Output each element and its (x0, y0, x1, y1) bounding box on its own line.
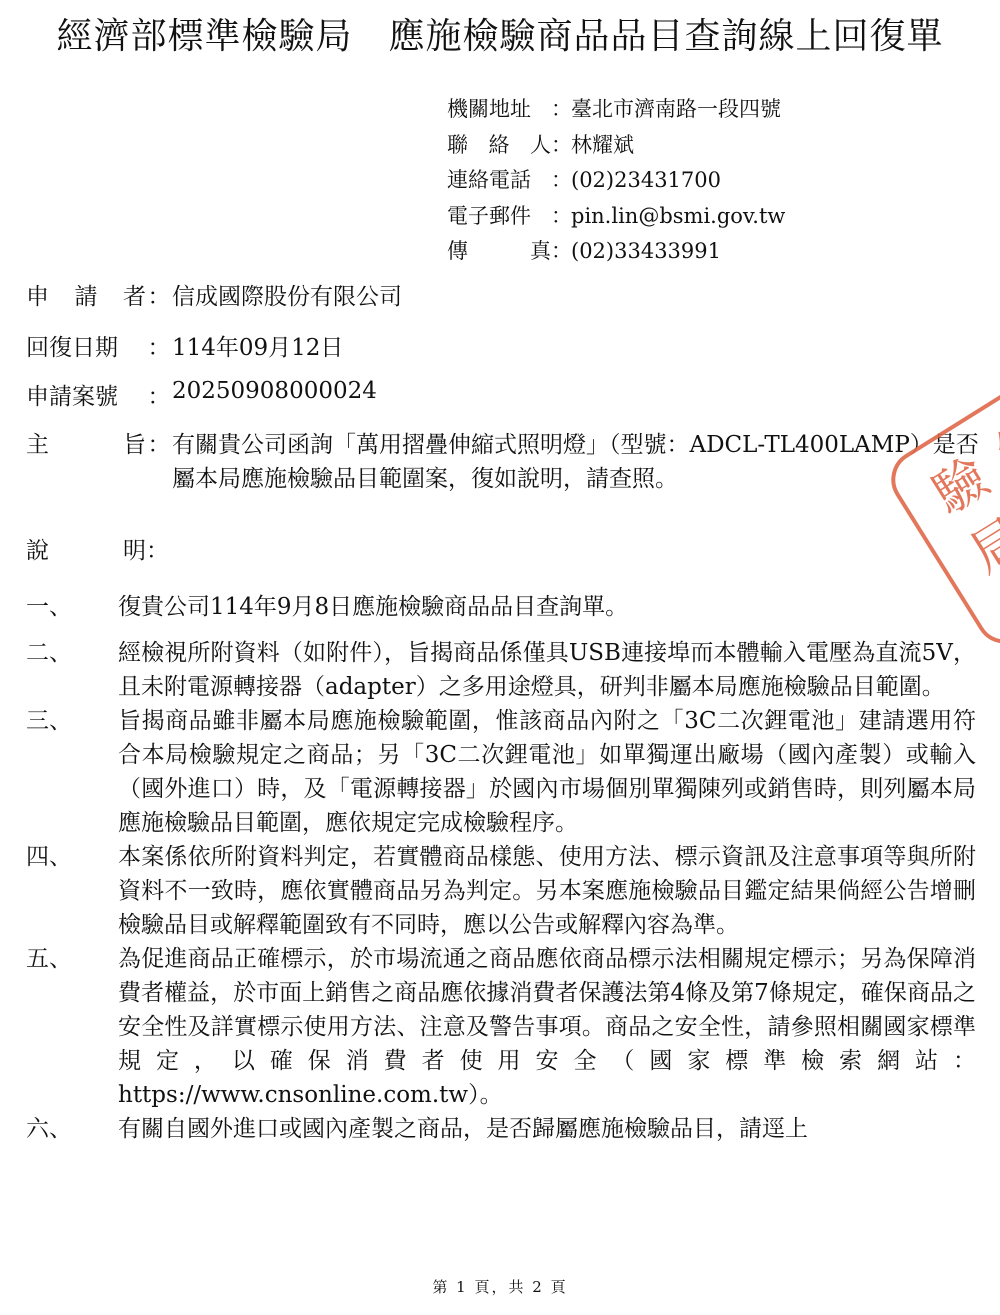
seal-char: 局 (953, 496, 1000, 587)
agency-name: 經濟部標準檢驗局 (56, 16, 352, 57)
reply-date-row: 回復日期 ： 114年09月12日 (26, 329, 343, 362)
list-item: 六、 有關自國外進口或國內產製之商品，是否歸屬應施檢驗品目，請逕上 (26, 1112, 976, 1146)
item-text: 旨揭商品雖非屬本局應施檢驗範圍，惟該商品內附之「3C二次鋰電池」建請選用符合本局… (118, 704, 976, 840)
item-number: 五、 (26, 942, 118, 1112)
subject-section: 主旨 ： 有關貴公司函詢「萬用摺疊伸縮式照明燈」（型號：ADCL-TL400LA… (26, 428, 982, 496)
case-number-label: 申請案號 (26, 378, 146, 411)
subject-label: 主旨 (26, 428, 146, 496)
contact-address: 機關地址 ： 臺北市濟南路一段四號 (447, 92, 785, 128)
contact-label: 傳真 (447, 234, 551, 270)
contact-value: (02)33433991 (571, 234, 721, 270)
list-item: 五、 為促進商品正確標示，於市場流通之商品應依商品標示法相關規定標示；另為保障消… (26, 942, 976, 1112)
explanation-label: 說明 (26, 532, 146, 565)
contact-label: 聯絡人 (447, 128, 551, 164)
item-number: 三、 (26, 704, 118, 840)
contact-label: 電子郵件 (447, 199, 551, 235)
item-number: 二、 (26, 636, 118, 704)
contact-block: 機關地址 ： 臺北市濟南路一段四號 聯絡人 ： 林耀斌 連絡電話 ： (02)2… (447, 92, 785, 270)
contact-fax: 傳真 ： (02)33433991 (447, 234, 785, 270)
contact-value: pin.lin@bsmi.gov.tw (571, 199, 785, 235)
applicant-label: 申請者 (26, 278, 146, 311)
contact-email: 電子郵件 ： pin.lin@bsmi.gov.tw (447, 199, 785, 235)
item-text: 有關自國外進口或國內產製之商品，是否歸屬應施檢驗品目，請逕上 (118, 1112, 976, 1146)
list-item: 二、 經檢視所附資料（如附件），旨揭商品係僅具USB連接埠而本體輸入電壓為直流5… (26, 636, 976, 704)
contact-phone: 連絡電話 ： (02)23431700 (447, 163, 785, 199)
contact-value: 林耀斌 (571, 128, 634, 164)
list-item: 三、 旨揭商品雖非屬本局應施檢驗範圍，惟該商品內附之「3C二次鋰電池」建請選用符… (26, 704, 976, 840)
form-title: 應施檢驗商品品目查詢線上回復單 (389, 16, 944, 57)
item-number: 一、 (26, 590, 118, 624)
explanation-list: 一、 復貴公司114年9月8日應施檢驗商品品目查詢單。 二、 經檢視所附資料（如… (26, 590, 976, 1146)
item-number: 四、 (26, 840, 118, 942)
case-number-value: 20250908000024 (172, 378, 377, 411)
seal-char: 檢 (989, 553, 1000, 644)
item-text: 本案係依所附資料判定，若實體商品樣態、使用方法、標示資訊及注意事項等與所附資料不… (118, 840, 976, 942)
contact-person: 聯絡人 ： 林耀斌 (447, 128, 785, 164)
item-text: 復貴公司114年9月8日應施檢驗商品品目查詢單。 (118, 590, 976, 624)
item-text: 為促進商品正確標示，於市場流通之商品應依商品標示法相關規定標示；另為保障消費者權… (118, 942, 976, 1112)
reply-date-label: 回復日期 (26, 329, 146, 362)
contact-value: (02)23431700 (571, 163, 721, 199)
explanation-heading: 說明 ： (26, 532, 169, 565)
item-number: 六、 (26, 1112, 118, 1146)
list-item: 一、 復貴公司114年9月8日應施檢驗商品品目查詢單。 (26, 590, 976, 624)
applicant-value: 信成國際股份有限公司 (172, 278, 402, 311)
contact-label: 連絡電話 (447, 163, 551, 199)
list-item: 四、 本案係依所附資料判定，若實體商品樣態、使用方法、標示資訊及注意事項等與所附… (26, 840, 976, 942)
applicant-row: 申請者 ： 信成國際股份有限公司 (26, 278, 402, 311)
case-number-row: 申請案號 ： 20250908000024 (26, 378, 377, 411)
seal-char: 經 (980, 397, 1000, 488)
item-text: 經檢視所附資料（如附件），旨揭商品係僅具USB連接埠而本體輸入電壓為直流5V，且… (118, 636, 976, 704)
page-number: 第 1 頁，共 2 頁 (0, 1276, 1000, 1297)
document-title: 經濟部標準檢驗局應施檢驗商品品目查詢線上回復單 (0, 8, 1000, 59)
contact-label: 機關地址 (447, 92, 551, 128)
subject-text: 有關貴公司函詢「萬用摺疊伸縮式照明燈」（型號：ADCL-TL400LAMP）是否… (172, 428, 982, 496)
contact-value: 臺北市濟南路一段四號 (571, 92, 781, 128)
reply-date-value: 114年09月12日 (172, 329, 343, 362)
